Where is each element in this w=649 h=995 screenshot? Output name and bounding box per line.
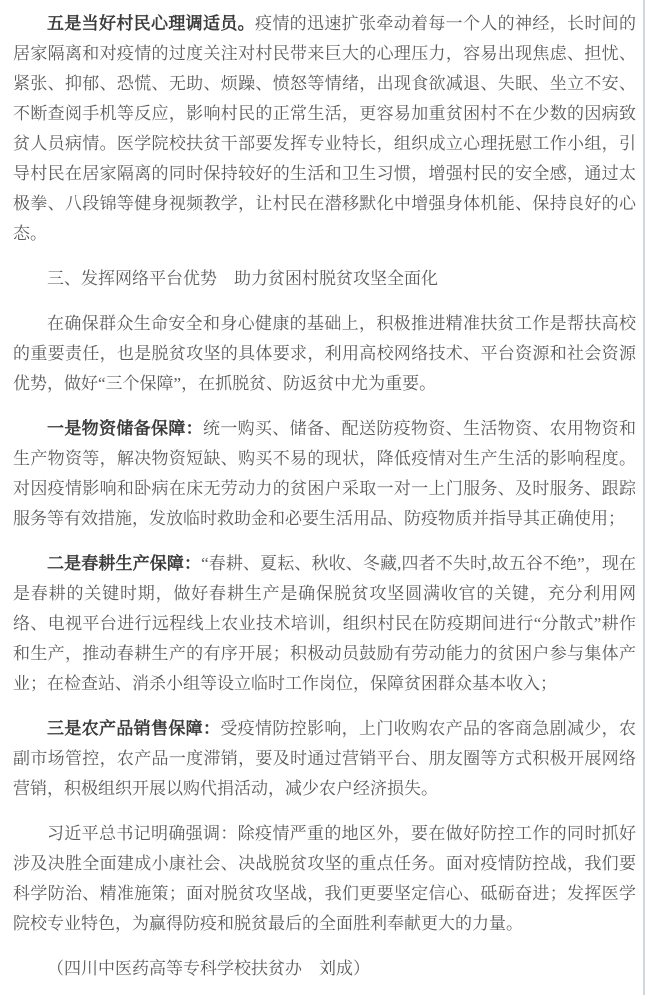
paragraph-signature: （四川中医药高等专科学校扶贫办 刘成） [13,954,636,984]
section-heading-three: 三、发挥网络平台优势 助力贫困村脱贫攻坚全面化 [13,264,636,294]
article-body: 五是当好村民心理调适员。疫情的迅速扩张牵动着每一个人的神经，长时间的居家隔离和对… [0,0,649,984]
paragraph-bold-lead: 三是农产品销售保障： [47,719,220,738]
paragraph-section-intro: 在确保群众生命安全和身心健康的基础上，积极推进精准扶贫工作是帮扶高校的重要责任，… [13,309,636,399]
paragraph-bold-lead: 二是春耕生产保障： [47,554,201,573]
right-border-line [643,0,645,995]
paragraph-supplies-guarantee: 一是物资储备保障：统一购买、储备、配送防疫物资、生活物资、农用物资和生产物资等，… [13,414,636,534]
paragraph-psych-counselor: 五是当好村民心理调适员。疫情的迅速扩张牵动着每一个人的神经，长时间的居家隔离和对… [13,9,636,249]
paragraph-spring-farming-guarantee: 二是春耕生产保障：“春耕、夏耘、秋收、冬藏,四者不失时,故五谷不绝”，现在是春耕… [13,549,636,699]
paragraph-bold-lead: 五是当好村民心理调适员。 [47,14,255,33]
paragraph-produce-sales-guarantee: 三是农产品销售保障：受疫情防控影响，上门收购农产品的客商急剧减少，农副市场管控，… [13,714,636,804]
paragraph-xi-emphasis: 习近平总书记明确强调：除疫情严重的地区外，要在做好防控工作的同时抓好涉及决胜全面… [13,819,636,939]
paragraph-bold-lead: 一是物资储备保障： [47,419,203,438]
